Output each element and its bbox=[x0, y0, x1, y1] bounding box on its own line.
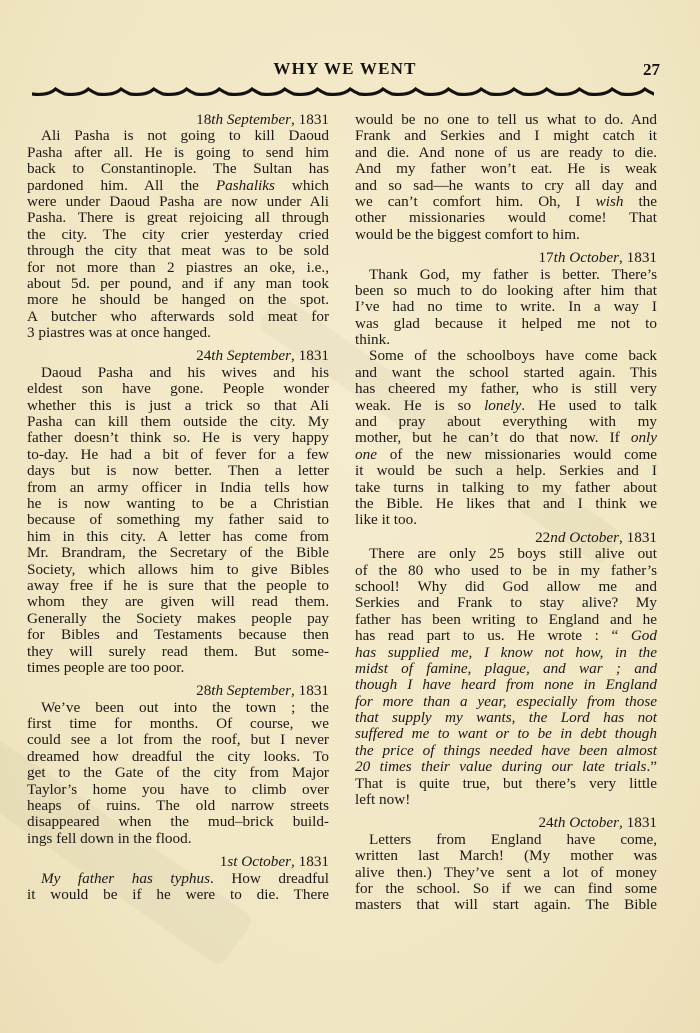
text-line: disappeared when the mud–brick build- bbox=[27, 814, 329, 830]
text-line: Some of the schoolboys have come back bbox=[355, 348, 657, 364]
text-line: masters that will start again. The Bible bbox=[355, 897, 657, 913]
text-line: get to the Gate of the city from Major bbox=[27, 765, 329, 781]
diary-paragraph: Thank God, my father is better. There’sb… bbox=[355, 267, 657, 349]
diary-paragraph: We’ve been out into the town ; thefirst … bbox=[27, 700, 329, 848]
text-line: Frank and Serkies and I might catch it bbox=[355, 128, 657, 144]
text-line: Society, which allows him to give Bibles bbox=[27, 562, 329, 578]
text-line: we can’t comfort him. Oh, I wish the bbox=[355, 194, 657, 210]
diary-date: 22nd October, 1831 bbox=[355, 530, 657, 546]
text-line: one of the new missionaries would come bbox=[355, 447, 657, 463]
text-line: more he should be hanged on the spot. bbox=[27, 292, 329, 308]
text-line: eldest son have gone. People wonder bbox=[27, 381, 329, 397]
text-line: has read part to us. He wrote : “ God bbox=[355, 628, 657, 644]
book-page: WHY WE WENT 27 18th September, 1831Ali P… bbox=[0, 0, 700, 1033]
diary-date: 17th October, 1831 bbox=[355, 250, 657, 266]
text-line: times people are too poor. bbox=[27, 660, 329, 676]
text-line: 20 times their value during our late tri… bbox=[355, 759, 657, 775]
text-line: We’ve been out into the town ; the bbox=[27, 700, 329, 716]
text-line: for not more than 2 piastres an oke, i.e… bbox=[27, 260, 329, 276]
text-line: My father has typhus. How dreadful bbox=[27, 871, 329, 887]
text-line: because of something my father said to bbox=[27, 512, 329, 528]
text-line: like it too. bbox=[355, 512, 657, 528]
text-line: the city. The city crier yesterday cried bbox=[27, 227, 329, 243]
text-line: back to Constantinople. The Sultan has bbox=[27, 161, 329, 177]
text-line: he is now wanting to be a Christian bbox=[27, 496, 329, 512]
text-line: him in this city. A letter has come from bbox=[27, 529, 329, 545]
diary-date: 18th September, 1831 bbox=[27, 112, 329, 128]
text-line: whether this is just a trick so that Ali bbox=[27, 398, 329, 414]
text-line: whom they are given will read them. bbox=[27, 594, 329, 610]
text-line: written last March! (My mother was bbox=[355, 848, 657, 864]
text-line: that supply my wants, the Lord has not bbox=[355, 710, 657, 726]
text-line: suffered me to want or to be in debt tho… bbox=[355, 726, 657, 742]
text-line: Serkies and Frank to stay alive? My bbox=[355, 595, 657, 611]
diary-date: 28th September, 1831 bbox=[27, 683, 329, 699]
diary-paragraph: would be no one to tell us what to do. A… bbox=[355, 112, 657, 243]
text-line: midst of famine, plague, and war ; and bbox=[355, 661, 657, 677]
text-line: Thank God, my father is better. There’s bbox=[355, 267, 657, 283]
text-line: heaps of ruins. The old narrow streets bbox=[27, 798, 329, 814]
text-line: been so much to do looking after him tha… bbox=[355, 283, 657, 299]
text-line: though I have heard from none in England bbox=[355, 677, 657, 693]
text-line: other missionaries would come! That bbox=[355, 210, 657, 226]
text-line: from an army officer in India tells how bbox=[27, 480, 329, 496]
text-line: Pasha after all. He is going to send him bbox=[27, 145, 329, 161]
text-line: through the city that meat was to be sol… bbox=[27, 243, 329, 259]
text-line: would be no one to tell us what to do. A… bbox=[355, 112, 657, 128]
text-line: And my father won’t eat. He is weak bbox=[355, 161, 657, 177]
text-line: the Bible. He likes that and I think we bbox=[355, 496, 657, 512]
diary-date: 1st October, 1831 bbox=[27, 854, 329, 870]
text-line: pardoned him. All the Pashaliks which bbox=[27, 178, 329, 194]
text-line: Ali Pasha is not going to kill Daoud bbox=[27, 128, 329, 144]
text-line: about 5d. per pound, and if any man took bbox=[27, 276, 329, 292]
diary-paragraph: Some of the schoolboys have come backand… bbox=[355, 348, 657, 528]
text-line: Taylor’s home you have to climb over bbox=[27, 782, 329, 798]
left-column: 18th September, 1831Ali Pasha is not goi… bbox=[27, 112, 329, 903]
text-line: weak. He is so lonely. He used to talk bbox=[355, 398, 657, 414]
text-line: father has been writing to England and h… bbox=[355, 612, 657, 628]
text-line: alive then.) They’ve sent a lot of money bbox=[355, 865, 657, 881]
text-line: take turns in talking to my father about bbox=[355, 480, 657, 496]
text-line: for more than a year, especially from th… bbox=[355, 694, 657, 710]
text-line: would be the biggest comfort to him. bbox=[355, 227, 657, 243]
text-line: and pray about everything with my bbox=[355, 414, 657, 430]
text-line: 3 piastres was at once hanged. bbox=[27, 325, 329, 341]
text-line: Mr. Brandram, the Secretary of the Bible bbox=[27, 545, 329, 561]
text-line: A butcher who afterwards sold meat for bbox=[27, 309, 329, 325]
text-line: left now! bbox=[355, 792, 657, 808]
text-line: That is quite true, but there’s very lit… bbox=[355, 776, 657, 792]
text-line: were under Daoud Pasha are now under Ali bbox=[27, 194, 329, 210]
text-line: the price of things needed have been alm… bbox=[355, 743, 657, 759]
text-line: it would be if he were to die. There bbox=[27, 887, 329, 903]
text-line: of the 80 who used to be in my father’s bbox=[355, 563, 657, 579]
diary-paragraph: My father has typhus. How dreadfulit wou… bbox=[27, 871, 329, 904]
text-line: and want the school started again. This bbox=[355, 365, 657, 381]
diary-date: 24th September, 1831 bbox=[27, 348, 329, 364]
running-head: WHY WE WENT 27 bbox=[0, 59, 700, 83]
text-line: days but is now better. Then a letter bbox=[27, 463, 329, 479]
text-line: could see a lot from the roof, but I nev… bbox=[27, 732, 329, 748]
text-line: for the school. So if we can find some bbox=[355, 881, 657, 897]
text-line: and die. And none of us are ready to die… bbox=[355, 145, 657, 161]
text-line: I’ve had no time to write. In a way I bbox=[355, 299, 657, 315]
wave-rule-ornament bbox=[32, 84, 654, 98]
text-line: it would be such a help. Serkies and I bbox=[355, 463, 657, 479]
text-line: school! Why did God allow me and bbox=[355, 579, 657, 595]
text-line: ings fell down in the flood. bbox=[27, 831, 329, 847]
text-line: Letters from England have come, bbox=[355, 832, 657, 848]
text-line: has cheered my father, who is still very bbox=[355, 381, 657, 397]
text-line: away free if he is sure that the people … bbox=[27, 578, 329, 594]
text-line: and so sad—he wants to cry all day and bbox=[355, 178, 657, 194]
text-line: to-day. He had a bit of fever for a few bbox=[27, 447, 329, 463]
diary-paragraph: There are only 25 boys still alive outof… bbox=[355, 546, 657, 808]
text-line: first time for months. Of course, we bbox=[27, 716, 329, 732]
text-line: dreamed how dreadful the city looks. To bbox=[27, 749, 329, 765]
text-line: Pasha. There is great rejoicing all thro… bbox=[27, 210, 329, 226]
text-line: for Bibles and Testaments because then bbox=[27, 627, 329, 643]
text-line: mother, but he can’t do that now. If onl… bbox=[355, 430, 657, 446]
text-line: they will surely read them. But some- bbox=[27, 644, 329, 660]
text-line: Daoud Pasha and his wives and his bbox=[27, 365, 329, 381]
running-title: WHY WE WENT bbox=[0, 59, 690, 79]
page-number: 27 bbox=[643, 60, 660, 80]
text-line: There are only 25 boys still alive out bbox=[355, 546, 657, 562]
text-line: was glad because it helped me not to bbox=[355, 316, 657, 332]
diary-paragraph: Daoud Pasha and his wives and hiseldest … bbox=[27, 365, 329, 676]
text-line: Generally the Society makes people pay bbox=[27, 611, 329, 627]
diary-paragraph: Letters from England have come,written l… bbox=[355, 832, 657, 914]
diary-paragraph: Ali Pasha is not going to kill DaoudPash… bbox=[27, 128, 329, 341]
text-line: Pasha can kill them outside the city. My bbox=[27, 414, 329, 430]
diary-date: 24th October, 1831 bbox=[355, 815, 657, 831]
text-line: has supplied me, I know not how, in the bbox=[355, 645, 657, 661]
text-line: think. bbox=[355, 332, 657, 348]
text-line: father doesn’t think so. He is very happ… bbox=[27, 430, 329, 446]
right-column: would be no one to tell us what to do. A… bbox=[355, 112, 657, 914]
